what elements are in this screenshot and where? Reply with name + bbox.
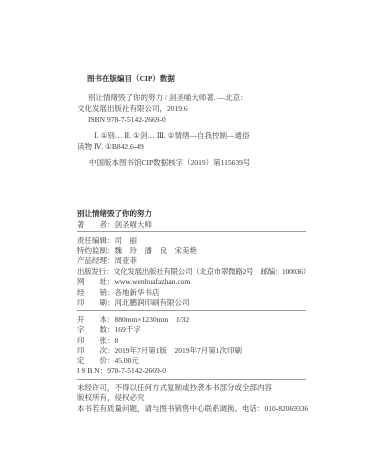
copyright-page: 图书在版编目（CIP）数据 别让情绪毁了你的努力 / 剑圣喵大师著. —北京： … xyxy=(0,0,375,469)
cip-record-number: 中国版本图书馆CIP数据核字（2019）第115639号 xyxy=(89,158,250,167)
credit-row-website: 网 址：www.wenhuafazhan.com xyxy=(77,277,190,286)
notice-copyright: 版权所有，侵权必究 xyxy=(77,393,145,402)
author-line: 著 者：剑圣喵大师 xyxy=(77,220,152,229)
credit-row-printer: 印 刷：河北鹏润印刷有限公司 xyxy=(77,298,190,307)
cip-line-isbn: ISBN 978-7-5142-2669-0 xyxy=(88,115,166,124)
divider-top xyxy=(77,231,306,232)
credit-row-publisher: 出版发行：文化发展出版社有限公司（北京市翠微路2号 邮编：100036） xyxy=(77,267,310,276)
credit-row-supervisors: 特约监制：魏 玲 潘 良 宋美艳 xyxy=(77,246,197,255)
cip-classification-line-1: Ⅰ. ①别… Ⅱ. ①剑… Ⅲ. ①情绪—自我控制—通俗 xyxy=(94,131,249,140)
cip-header: 图书在版编目（CIP）数据 xyxy=(87,74,175,83)
printing-row-word-count: 字 数：169千字 xyxy=(77,325,141,334)
divider-bottom xyxy=(77,379,306,380)
cip-classification-line-2: 读物 Ⅳ. ①B842.6-49 xyxy=(77,142,144,151)
credit-row-editor: 责任编辑：司 丽 xyxy=(77,236,137,245)
printing-row-edition: 印 次：2019年7月第1版 2019年7月第1次印刷 xyxy=(77,346,242,355)
book-title: 别让情绪毁了你的努力 xyxy=(77,209,152,218)
printing-row-sheets: 印 张：8 xyxy=(77,336,118,345)
notice-no-copy: 未经许可，不得以任何方式复制或抄袭本书部分或全部内容 xyxy=(77,383,272,392)
divider-middle xyxy=(77,310,306,311)
cip-line-1: 别让情绪毁了你的努力 / 剑圣喵大师著. —北京： xyxy=(88,93,248,102)
printing-row-price: 定 价：45.00元 xyxy=(77,356,139,365)
cip-line-2: 文化发展出版社有限公司，2019.6 xyxy=(77,104,188,113)
printing-row-format: 开 本：880mm×1230mm 1/32 xyxy=(77,315,189,324)
printing-row-isbn: I S B N：978-7-5142-2669-0 xyxy=(77,366,166,375)
credit-row-distribution: 经 销：各地新华书店 xyxy=(77,288,160,297)
notice-quality-hotline: 本书若有质量问题，请与图书销售中心联系调换。电话：010-82069336 xyxy=(77,404,308,413)
credit-row-product-manager: 产品经理：周亚菲 xyxy=(77,256,137,265)
